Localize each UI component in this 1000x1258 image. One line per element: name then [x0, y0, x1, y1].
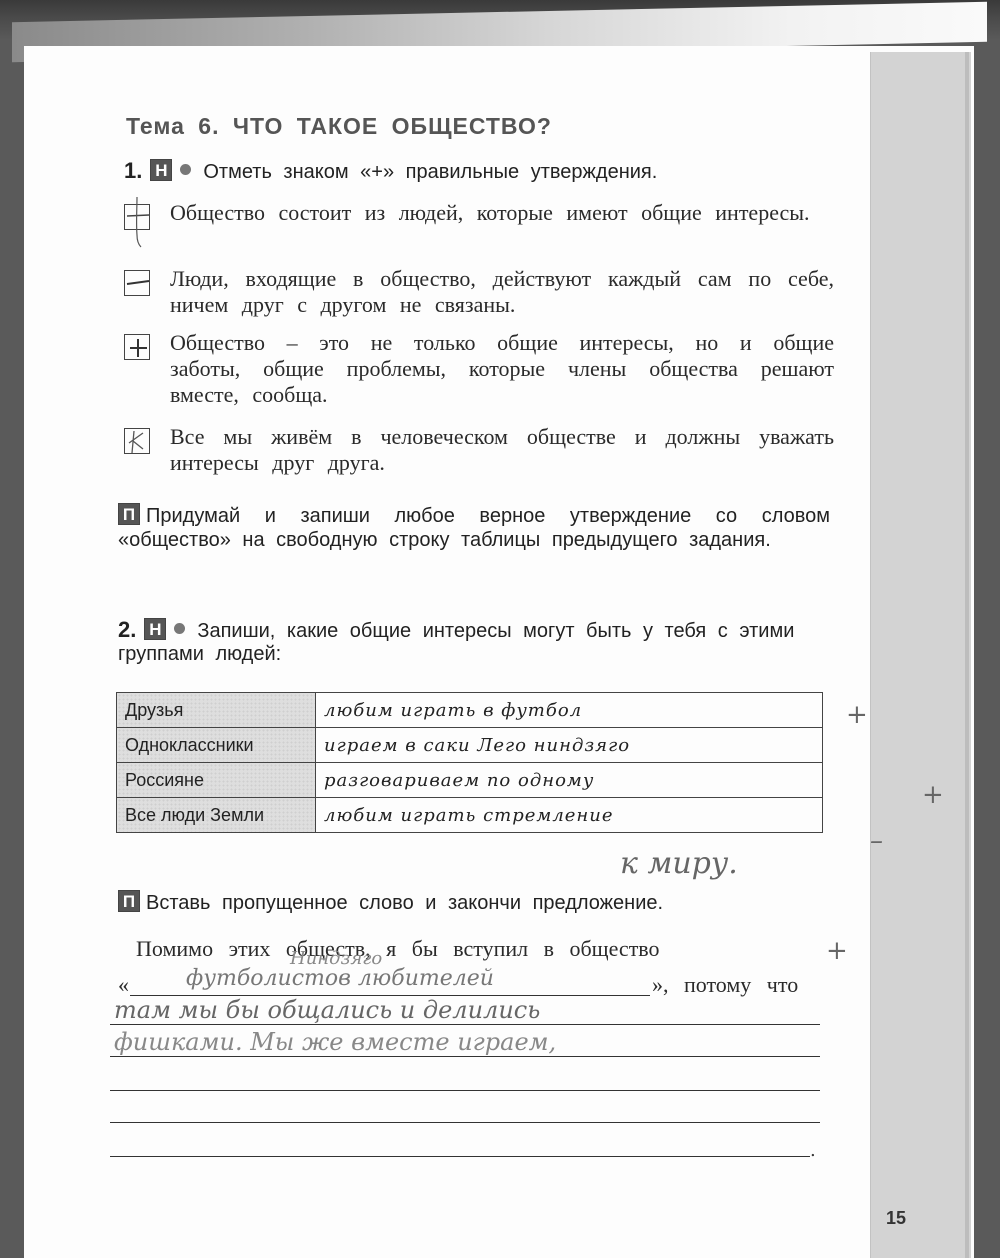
checkbox[interactable] — [124, 204, 150, 230]
groups-table: Друзья любим играть в футбол Одноклассни… — [116, 692, 823, 833]
group-label: Друзья — [117, 693, 316, 728]
level-badge: Н — [144, 618, 166, 640]
task-number: 2. — [118, 617, 136, 642]
task1-header: 1.НОтметь знаком «+» правильные утвержде… — [124, 158, 657, 184]
statement-item: Люди, входящие в общество, действуют каж… — [124, 266, 834, 318]
table-row: Друзья любим играть в футбол — [117, 693, 823, 728]
bullet-dot-icon — [180, 164, 191, 175]
group-label: Все люди Земли — [117, 798, 316, 833]
statement-text: Общество состоит из людей, которые имеют… — [170, 200, 834, 226]
extra-task-instruction: ПВставь пропущенное слово и закончи пред… — [118, 890, 830, 915]
task-number: 1. — [124, 158, 142, 183]
checkbox[interactable] — [124, 270, 150, 296]
handwritten-minus-icon — [125, 271, 151, 297]
society-answer[interactable]: футболистов любителей — [186, 966, 494, 991]
answer-line — [110, 1090, 820, 1091]
answer-cell[interactable]: любим играть в футбол — [316, 693, 823, 728]
answer-cell[interactable]: любим играть стремление — [316, 798, 823, 833]
reason-line-2[interactable]: фишками. Мы же вместе играем, — [114, 1028, 556, 1056]
sentence-start: Помимо этих обществ, я бы вступил в обще… — [118, 936, 842, 962]
task2-header: 2.НЗапиши, какие общие интересы могут бы… — [118, 617, 830, 666]
table-row: Россияне разговариваем по одному — [117, 763, 823, 798]
level-badge: Н — [150, 159, 172, 181]
handwritten-plus-icon — [125, 335, 151, 361]
group-label: Россияне — [117, 763, 316, 798]
margin-mark: – — [870, 826, 883, 856]
extra-instruction-text: Придумай и запиши любое верное утвержден… — [118, 505, 830, 551]
checkbox[interactable] — [124, 334, 150, 360]
topic-title: Тема 6. ЧТО ТАКОЕ ОБЩЕСТВО? — [126, 113, 552, 140]
answer-cell[interactable]: играем в саки Лего ниндзяго — [316, 728, 823, 763]
extra-task-instruction: ППридумай и запиши любое верное утвержде… — [118, 503, 830, 552]
end-mark: + — [826, 936, 848, 966]
answer-line — [110, 1024, 820, 1025]
answer-line — [110, 1122, 820, 1123]
statement-text: Люди, входящие в общество, действуют каж… — [170, 266, 834, 318]
task-instruction: Отметь знаком «+» правильные утверждения… — [203, 161, 657, 183]
sentence-text: Помимо этих обществ, я бы вступил в обще… — [136, 936, 660, 961]
task-instruction: Запиши, какие общие интересы могут быть … — [118, 620, 794, 665]
quote-close: », потому что — [652, 972, 832, 998]
extra-badge: П — [118, 503, 140, 525]
statement-item: Общество состоит из людей, которые имеют… — [124, 200, 834, 226]
reason-line-1[interactable]: там мы бы общались и делились — [114, 996, 540, 1024]
table-row: Все люди Земли любим играть стремление — [117, 798, 823, 833]
handwritten-plus-icon — [125, 205, 151, 231]
extra-instruction-text: Вставь пропущенное слово и закончи предл… — [146, 892, 663, 914]
statement-text: Все мы живём в человеческом обществе и д… — [170, 424, 834, 476]
margin-mark: + — [922, 780, 944, 810]
page-number: 15 — [886, 1208, 906, 1229]
page-margin-strip — [870, 52, 971, 1258]
answer-line — [110, 1156, 810, 1157]
quote-open: « — [118, 972, 129, 997]
statement-item: Все мы живём в человеческом обществе и д… — [124, 424, 834, 476]
statement-item: Общество – это не только общие интересы,… — [124, 330, 834, 408]
extra-badge: П — [118, 890, 140, 912]
checkbox[interactable] — [124, 428, 150, 454]
group-label: Одноклассники — [117, 728, 316, 763]
answer-continuation: к миру. — [620, 846, 738, 881]
handwritten-cross-icon — [125, 429, 151, 455]
margin-mark: + — [846, 700, 868, 730]
answer-line — [110, 1056, 820, 1057]
answer-cell[interactable]: разговариваем по одному — [316, 763, 823, 798]
statement-text: Общество – это не только общие интересы,… — [170, 330, 834, 408]
final-period: . — [810, 1140, 816, 1161]
bullet-dot-icon — [174, 623, 185, 634]
table-row: Одноклассники играем в саки Лего ниндзяг… — [117, 728, 823, 763]
